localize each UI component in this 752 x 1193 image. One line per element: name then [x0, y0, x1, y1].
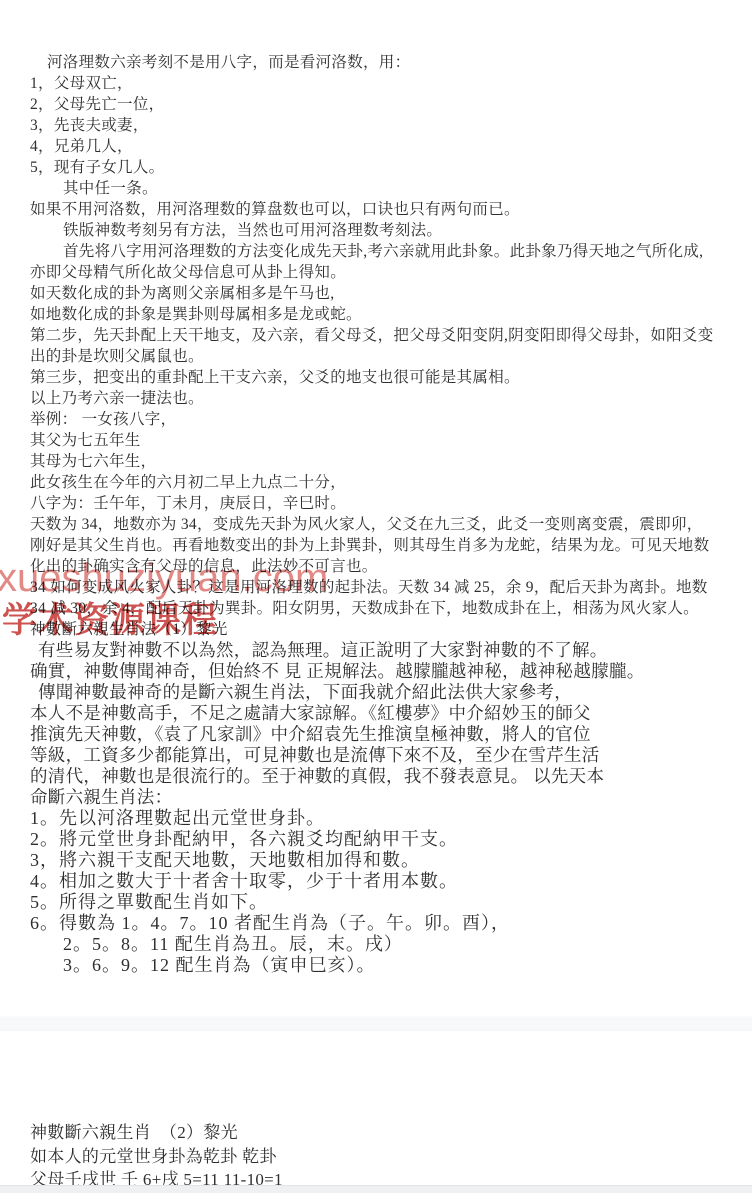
list-item-line: 2。5。8。11 配生肖為丑。辰，末。戌）	[30, 934, 736, 955]
text-line: 确實，神數傳聞神奇，但始終不 見 正規解法。越朦朧越神秘，越神秘越朦朧。	[30, 661, 736, 682]
text-line: 化出的卦确实含有父母的信息，此法妙不可言也。	[30, 556, 736, 577]
text-line: 1，父母双亡，	[30, 73, 736, 94]
list-item-line: 2。將元堂世身卦配納甲，各六親爻均配納甲干支。	[30, 829, 736, 850]
text-line: 34 减 30，余 4，配后天卦为巽卦。阳女阴男，天数成卦在下，地数成卦在上，相…	[30, 598, 736, 619]
text-line: 其中任一条。	[30, 178, 736, 199]
text-line: 以上乃考六亲一捷法也。	[30, 388, 736, 409]
document-page-1: 河洛理数六亲考刻不是用八字，而是看河洛数，用： 1，父母双亡， 2，父母先亡一位…	[30, 52, 736, 976]
text-line: 5，现有子女几人。	[30, 157, 736, 178]
text-line: 其父为七五年生	[30, 430, 736, 451]
text-line: 刚好是其父生肖也。再看地数变出的卦为上卦巽卦，则其母生肖多为龙蛇，结果为龙。可见…	[30, 535, 736, 556]
list-item-line: 4。相加之數大于十者舍十取零，少于十者用本數。	[30, 871, 736, 892]
text-line: 的清代，神數也是很流行的。至于神數的真假，我不發表意見。 以先天本	[30, 766, 736, 787]
text-line: 如本人的元堂世身卦為乾卦 乾卦	[30, 1145, 283, 1169]
list-item-line: 5。所得之單數配生肖如下。	[30, 892, 736, 913]
document-page-2: 神數斷六親生肖 （2）黎光 如本人的元堂世身卦為乾卦 乾卦 父母壬戌世 壬 6+…	[30, 1121, 283, 1192]
text-line: 本人不是神數高手，不足之處請大家諒解。《紅樓夢》中介紹妙玉的師父	[30, 703, 736, 724]
list-item-line: 3。6。9。12 配生肖為（寅申巳亥）。	[30, 955, 736, 976]
text-line: 此女孩生在今年的六月初二早上九点二十分，	[30, 472, 736, 493]
text-line: 推演先天神數，《袁了凡家訓》中介紹袁先生推演皇極神數，將人的官位	[30, 724, 736, 745]
text-line: 铁版神数考刻另有方法，当然也可用河洛理数考刻法。	[30, 220, 736, 241]
text-line: 举例： 一女孩八字，	[30, 409, 736, 430]
text-line: 首先将八字用河洛理数的方法变化成先天卦,考六亲就用此卦象。此卦象乃得天地之气所化…	[30, 241, 736, 262]
text-line: 如地数化成的卦象是巽卦则母属相多是龙或蛇。	[30, 304, 736, 325]
text-line: 天数为 34，地数亦为 34，变成先天卦为风火家人，父爻在九三爻，此爻一变则离变…	[30, 514, 736, 535]
list-item-line: 3，將六親干支配天地數，天地數相加得和數。	[30, 850, 736, 871]
list-item-line: 6。得數為 1。4。7。10 者配生肖為（子。午。卯。酉），	[30, 913, 736, 934]
text-line: 八字为：壬午年，丁未月，庚辰日，辛巳时。	[30, 493, 736, 514]
text-line: 如天数化成的卦为离则父亲属相多是午马也,	[30, 283, 736, 304]
text-line: 傳聞神數最神奇的是斷六親生肖法，下面我就介紹此法供大家參考，	[30, 682, 736, 703]
viewer-bottom-strip	[0, 1185, 752, 1193]
text-line: 34 如何变成风火家人卦？这是用河洛理数的起卦法。天数 34 减 25，余 9，…	[30, 577, 736, 598]
list-item-line: 1。先以河洛理數起出元堂世身卦。	[30, 808, 736, 829]
text-line: 亦即父母精气所化故父母信息可从卦上得知。	[30, 262, 736, 283]
section-heading-line: 神數斷六親生肖法（1）黎光	[30, 619, 736, 640]
text-line: 3，先丧夫或妻，	[30, 115, 736, 136]
page-separator	[0, 1016, 752, 1031]
text-line: 出的卦是坎则父属鼠也。	[30, 346, 736, 367]
text-line: 2，父母先亡一位，	[30, 94, 736, 115]
text-line: 如果不用河洛数，用河洛理数的算盘数也可以，口诀也只有两句而已。	[30, 199, 736, 220]
text-line: 第二步，先天卦配上天干地支，及六亲，看父母爻，把父母爻阳变阴,阴变阳即得父母卦，…	[30, 325, 736, 346]
text-line: 其母为七六年生，	[30, 451, 736, 472]
text-line: 4，兄弟几人，	[30, 136, 736, 157]
text-line: 等級，工資多少都能算出，可見神數也是流傳下來不及，至少在雪芹生活	[30, 745, 736, 766]
section-heading-line: 神數斷六親生肖 （2）黎光	[30, 1121, 283, 1145]
text-line: 命斷六親生肖法：	[30, 787, 736, 808]
text-line: 有些易友對神數不以為然，認為無理。這正說明了大家對神數的不了解。	[30, 640, 736, 661]
text-line: 第三步，把变出的重卦配上干支六亲，父爻的地支也很可能是其属相。	[30, 367, 736, 388]
text-line: 河洛理数六亲考刻不是用八字，而是看河洛数，用：	[30, 52, 736, 73]
